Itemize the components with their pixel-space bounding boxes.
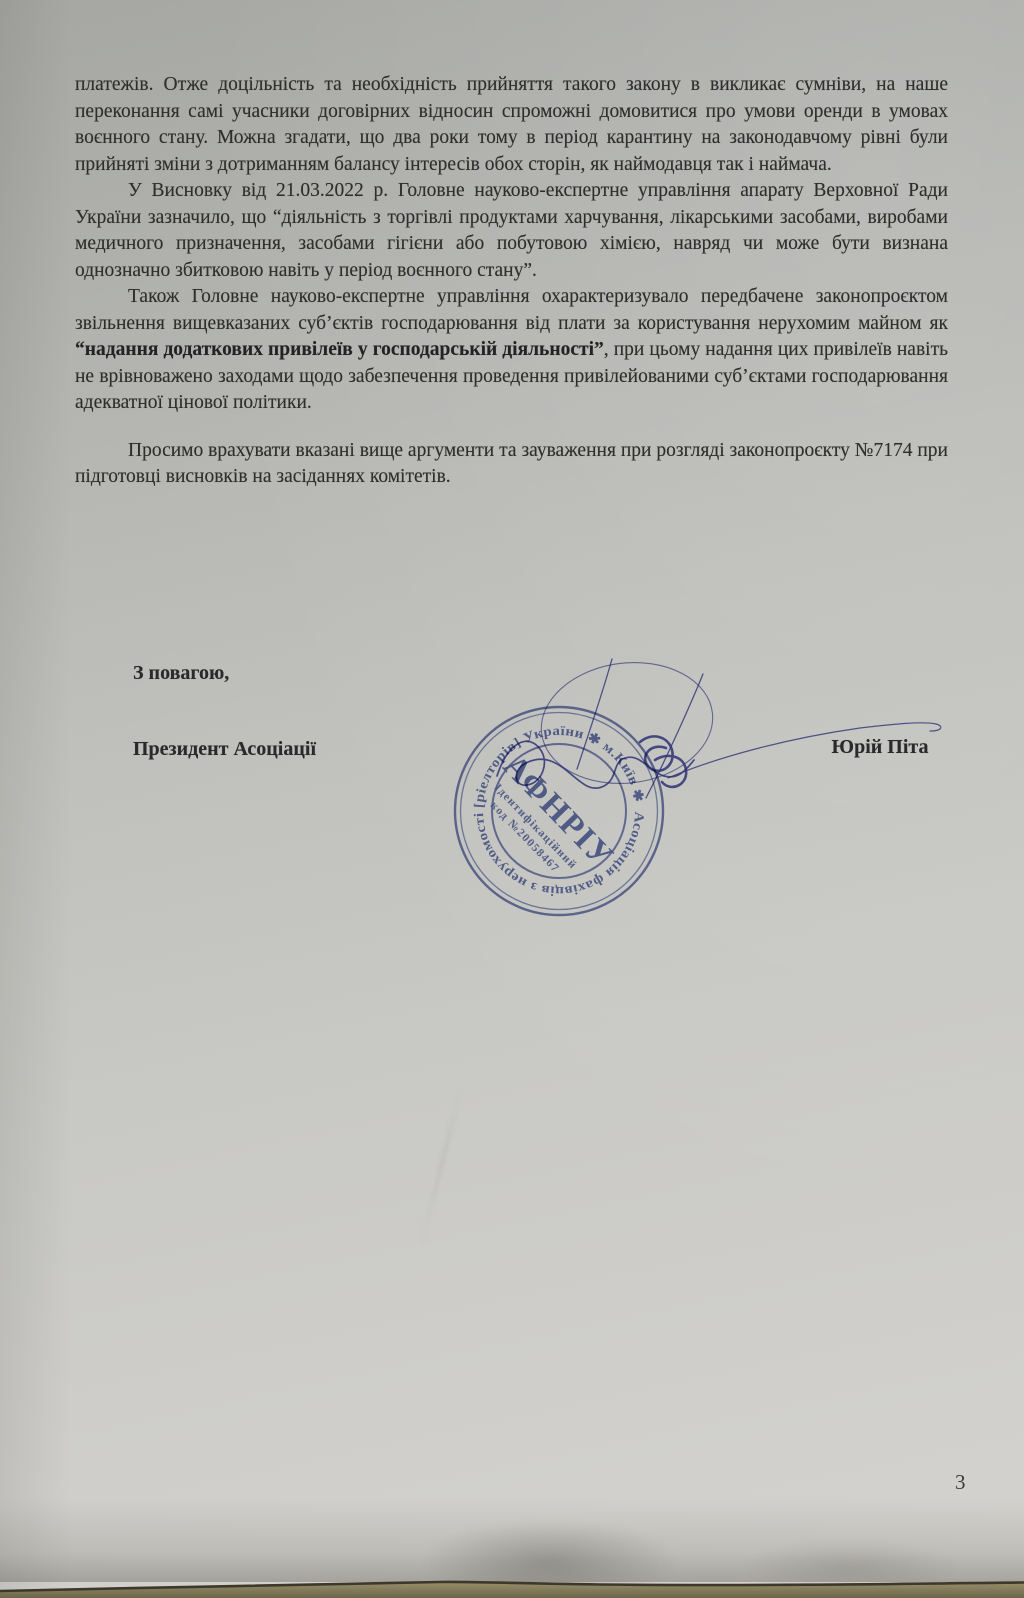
paragraph-4: Просимо врахувати вказані вище аргументи… — [75, 438, 948, 491]
scanned-letter-page: платежів. Отже доцільність та необхідніс… — [0, 0, 1024, 1598]
paragraph-3-bold-quote: “надання додаткових привілеїв у господар… — [75, 339, 604, 360]
paper-crease — [419, 1082, 463, 1248]
paragraph-3-text: Також Головне науково-експертне управлін… — [75, 286, 948, 334]
signature-scribble-dense — [640, 736, 686, 786]
page-number: 3 — [955, 1470, 966, 1495]
paragraph-2: У Висновку від 21.03.2022 р. Головне нау… — [75, 178, 948, 284]
signature-stroke — [577, 659, 612, 769]
signature-tail — [668, 723, 941, 778]
letter-body: платежів. Отже доцільність та необхідніс… — [75, 72, 948, 491]
closing-salutation: З повагою, — [133, 662, 229, 685]
paper-edge — [0, 1553, 1024, 1598]
paragraph-1: платежів. Отже доцільність та необхідніс… — [75, 72, 948, 178]
signer-title: Президент Асоціації — [133, 738, 316, 761]
paragraph-3: Також Головне науково-експертне управлін… — [75, 284, 948, 417]
signature-ink — [420, 640, 960, 830]
signature-loop-large — [534, 653, 719, 793]
